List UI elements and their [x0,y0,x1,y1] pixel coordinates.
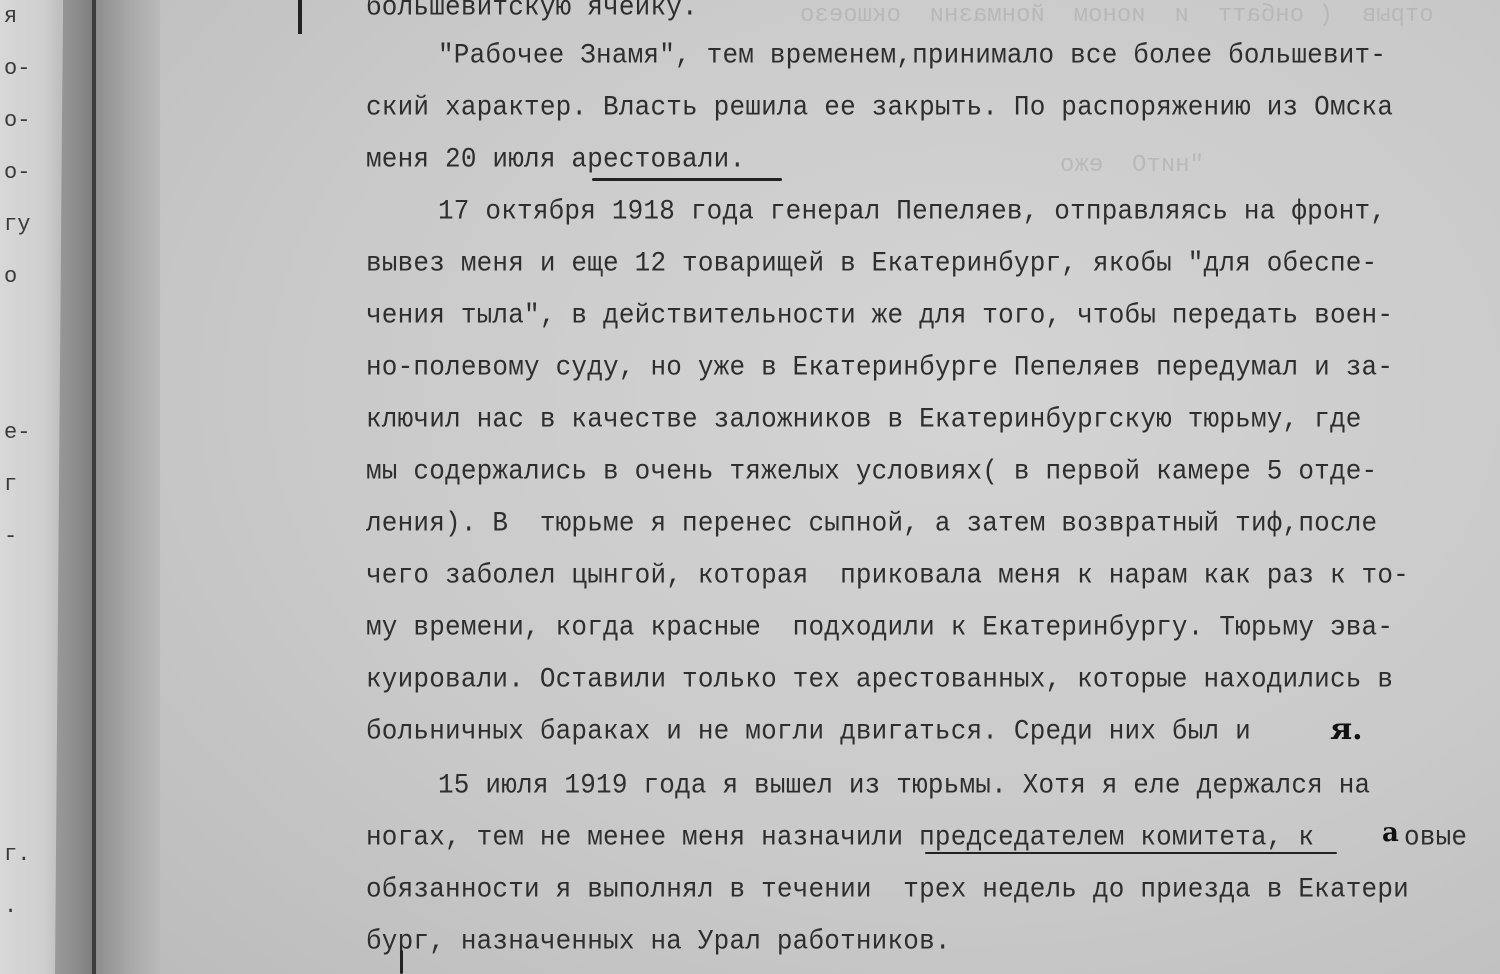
left-page-fragment: гу [4,212,30,237]
text-line: 15 июля 1919 года я вышел из тюрьмы. Хот… [438,769,1370,801]
text-line: бург, назначенных на Урал работников. [366,925,951,957]
pen-underline [925,852,1337,854]
text-line: обязанности я выполнял в течении трех не… [366,873,1409,905]
left-page-fragment: г [4,472,17,497]
left-page-fragment: о [4,264,17,289]
left-page-fragment: г. [4,842,30,867]
text-line-continuation: овые [1404,821,1467,853]
text-line: чего заболел цынгой, которая приковала м… [366,559,1409,591]
left-page-margin: я о- о- о- гу о е- г - г. . [0,0,62,974]
bleed-through-text: "нитО ежо [1060,152,1204,179]
margin-pen-mark [298,0,302,34]
text-line: му времени, когда красные подходили к Ек… [366,611,1393,643]
page-gutter-shadow [96,0,166,974]
left-page-fragment: о- [4,108,30,133]
pen-underline [592,178,782,181]
text-line: ления). В тюрьме я перенес сыпной, а зат… [366,507,1377,539]
text-line: меня 20 июля арестовали. [366,143,745,175]
handwritten-correction: я. [1330,712,1363,747]
text-line: вывез меня и еще 12 товарищей в Екатерин… [366,247,1377,279]
text-line: чения тыла", в действительности же для т… [366,299,1393,331]
text-line: ногах, тем не менее меня назначили предс… [366,821,1314,853]
left-page-fragment: е- [4,420,30,445]
text-line: ский характер. Власть решила ее закрыть.… [366,91,1393,123]
pen-mark [400,950,403,974]
handwritten-correction: а [1382,818,1399,848]
text-line: ключил нас в качестве заложников в Екате… [366,403,1362,435]
left-page-fragment: . [4,894,17,919]
bleed-through-text: отрыв ( онбатт и ионом йонмазни окшоезо [800,2,1434,29]
text-line: 17 октября 1918 года генерал Пепеляев, о… [438,195,1386,227]
text-line: "Рабочее Знамя", тем временем,принимало … [438,39,1386,71]
left-page-fragment: я [4,4,17,29]
text-line: мы содержались в очень тяжелых условиях(… [366,455,1377,487]
text-line: больничных бараках и не могли двигаться.… [366,715,1251,747]
text-line: куировали. Оставили только тех арестован… [366,663,1393,695]
left-page-fragment: - [4,524,17,549]
left-page-fragment: о- [4,56,30,81]
left-page-fragment: о- [4,160,30,185]
text-line: большевитскую ячейку. [366,0,698,23]
text-line: но-полевому суду, но уже в Екатеринбурге… [366,351,1393,383]
